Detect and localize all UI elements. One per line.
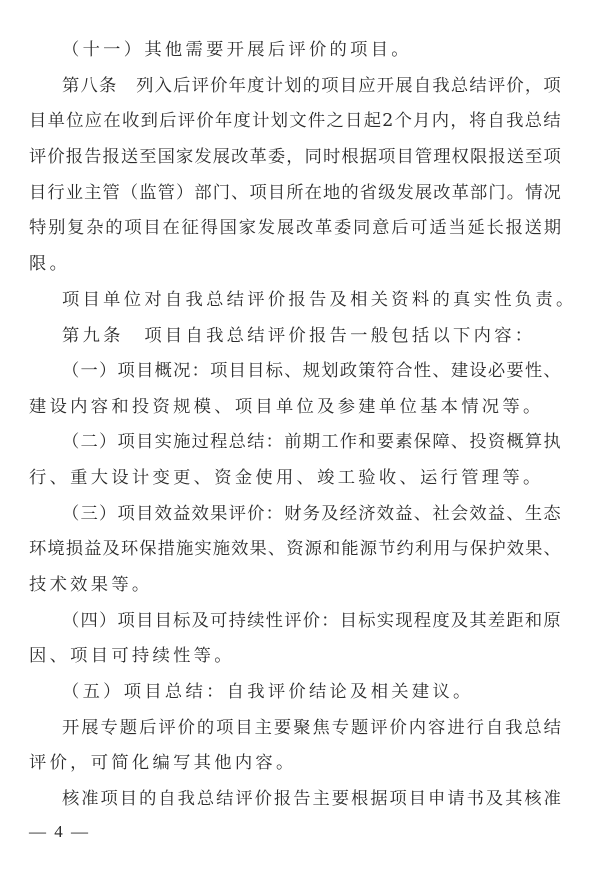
- document-page: （十一）其他需要开展后评价的项目。 第八条 列入后评价年度计划的项目应开展自我总…: [0, 0, 591, 887]
- list-item-1-line: （一）项目概况：项目目标、规划政策符合性、建设必要性、: [62, 358, 561, 384]
- article-9-line: 第九条 项目自我总结评价报告一般包括以下内容：: [62, 323, 561, 349]
- paragraph-line: 开展专题后评价的项目主要聚焦专题评价内容进行自我总结: [62, 715, 561, 741]
- paragraph-line: 评价，可简化编写其他内容。: [29, 750, 561, 776]
- list-item-2-line: （二）项目实施过程总结：前期工作和要素保障、投资概算执: [62, 429, 561, 455]
- paragraph-line: 评价报告报送至国家发展改革委，同时根据项目管理权限报送至项: [29, 144, 561, 170]
- paragraph-line: 项目单位对自我总结评价报告及相关资料的真实性负责。: [62, 287, 561, 313]
- list-item-4-line: （四）项目目标及可持续性评价：目标实现程度及其差距和原: [62, 608, 561, 634]
- list-item-5-line: （五）项目总结：自我评价结论及相关建议。: [62, 679, 561, 705]
- paragraph-line: 限。: [29, 251, 561, 277]
- paragraph-line: （十一）其他需要开展后评价的项目。: [62, 37, 561, 63]
- paragraph-line: 技术效果等。: [29, 572, 561, 598]
- paragraph-line: 环境损益及环保措施实施效果、资源和能源节约利用与保护效果、: [29, 536, 561, 562]
- paragraph-line: 行、重大设计变更、资金使用、竣工验收、运行管理等。: [29, 465, 561, 491]
- paragraph-line: 特别复杂的项目在征得国家发展改革委同意后可适当延长报送期: [29, 215, 561, 241]
- paragraph-line: 因、项目可持续性等。: [29, 643, 561, 669]
- page-number: — 4 —: [29, 820, 90, 844]
- paragraph-line: 建设内容和投资规模、项目单位及参建单位基本情况等。: [29, 394, 561, 420]
- article-8-line: 第八条 列入后评价年度计划的项目应开展自我总结评价，项: [62, 73, 561, 99]
- paragraph-line: 核准项目的自我总结评价报告主要根据项目申请书及其核准: [62, 786, 561, 812]
- paragraph-line: 目单位应在收到后评价年度计划文件之日起2个月内，将自我总结: [29, 108, 561, 134]
- list-item-3-line: （三）项目效益效果评价：财务及经济效益、社会效益、生态: [62, 501, 561, 527]
- paragraph-line: 目行业主管（监管）部门、项目所在地的省级发展改革部门。情况: [29, 180, 561, 206]
